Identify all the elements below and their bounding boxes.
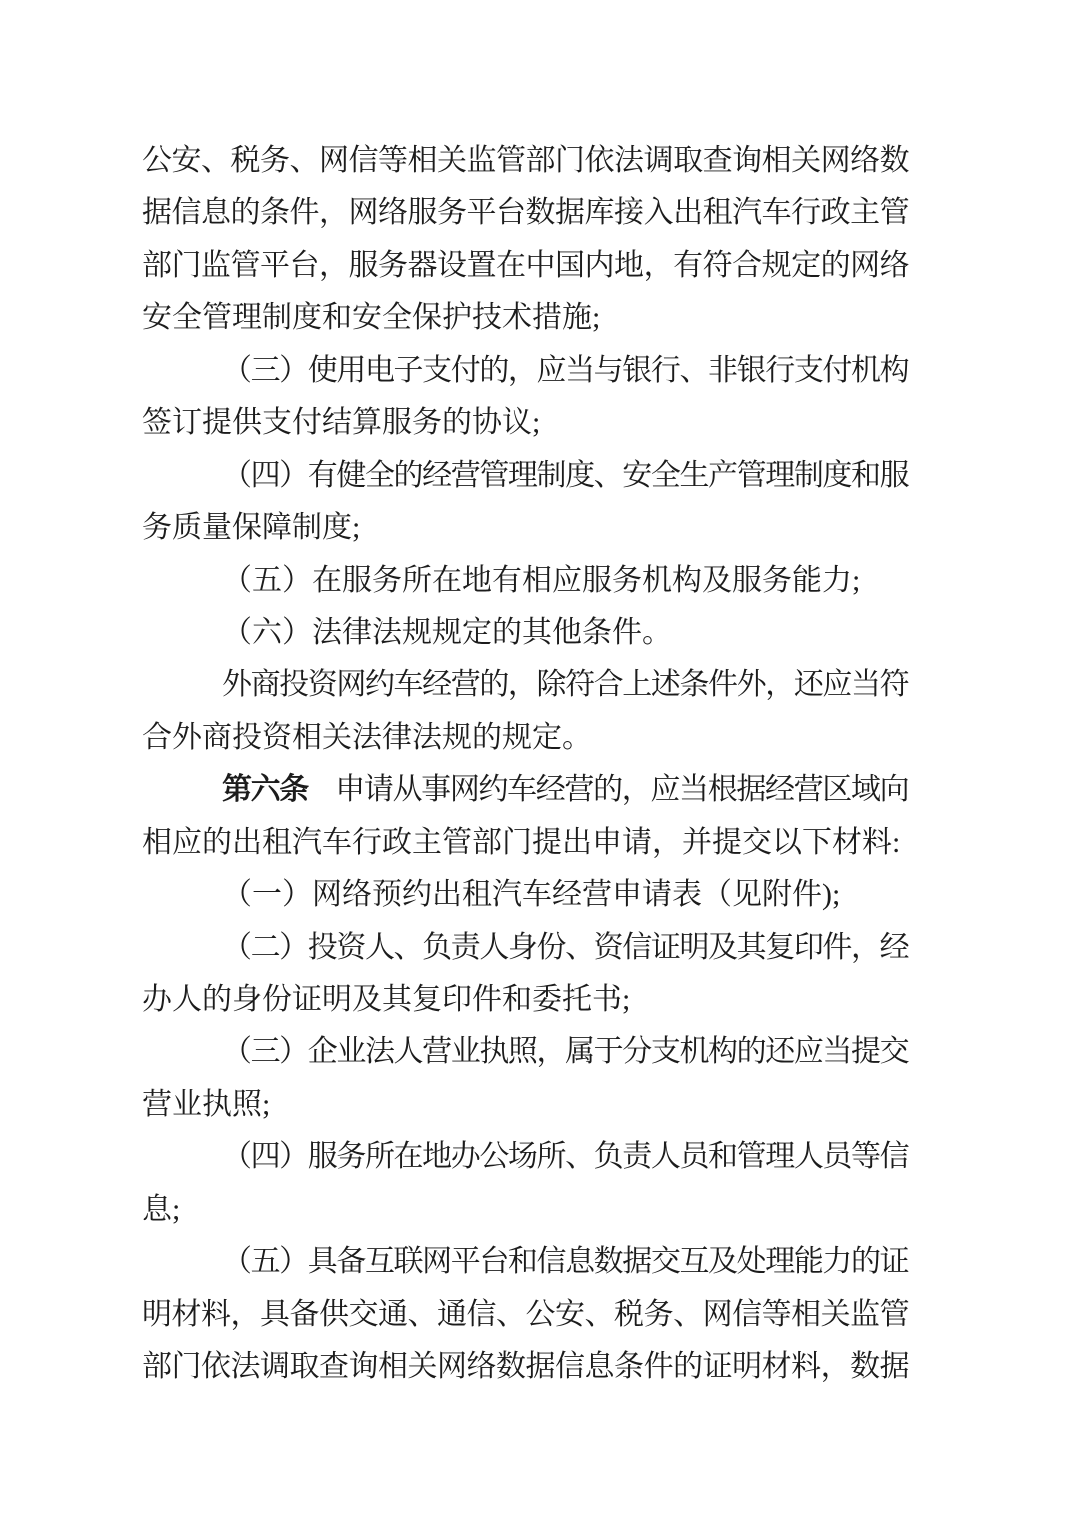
text-line: 安全管理制度和安全保护技术措施; [142, 292, 908, 344]
text-line: （三）使用电子支付的，应当与银行、非银行支付机构 [142, 345, 908, 397]
text-line: （三）企业法人营业执照，属于分支机构的还应当提交 [142, 1026, 908, 1078]
text-line-body: 申请从事网约车经营的，应当根据经营区域向 [335, 773, 908, 806]
text-line: 办人的身份证明及其复印件和委托书; [142, 974, 908, 1026]
text-line: 合外商投资相关法律法规的规定。 [142, 712, 908, 764]
text-line: 营业执照; [142, 1079, 908, 1131]
document-text-block: 公安、税务、网信等相关监管部门依法调取查询相关网络数据信息的条件，网络服务平台数… [142, 135, 908, 1394]
text-line: 明材料，具备供交通、通信、公安、税务、网信等相关监管 [142, 1289, 908, 1341]
text-line: 部门监管平台，服务器设置在中国内地，有符合规定的网络 [142, 240, 908, 292]
document-page: 公安、税务、网信等相关监管部门依法调取查询相关网络数据信息的条件，网络服务平台数… [0, 0, 1074, 1520]
text-line: 第六条申请从事网约车经营的，应当根据经营区域向 [142, 764, 908, 816]
text-line: （四）服务所在地办公场所、负责人员和管理人员等信 [142, 1131, 908, 1183]
text-line: 相应的出租汽车行政主管部门提出申请，并提交以下材料: [142, 817, 908, 869]
text-line: 据信息的条件，网络服务平台数据库接入出租汽车行政主管 [142, 187, 908, 239]
text-line: （二）投资人、负责人身份、资信证明及其复印件，经 [142, 922, 908, 974]
text-line: （五）具备互联网平台和信息数据交互及处理能力的证 [142, 1236, 908, 1288]
text-line: （四）有健全的经营管理制度、安全生产管理制度和服 [142, 450, 908, 502]
text-line: 签订提供支付结算服务的协议; [142, 397, 908, 449]
text-line: （一）网络预约出租汽车经营申请表（见附件); [142, 869, 908, 921]
text-line: 息; [142, 1184, 908, 1236]
text-line: （六）法律法规规定的其他条件。 [142, 607, 908, 659]
text-line: （五）在服务所在地有相应服务机构及服务能力; [142, 555, 908, 607]
text-line: 外商投资网约车经营的，除符合上述条件外，还应当符 [142, 659, 908, 711]
text-line: 公安、税务、网信等相关监管部门依法调取查询相关网络数 [142, 135, 908, 187]
text-line: 部门依法调取查询相关网络数据信息条件的证明材料，数据 [142, 1341, 908, 1393]
text-line: 务质量保障制度; [142, 502, 908, 554]
article-number-label: 第六条 [222, 773, 308, 806]
